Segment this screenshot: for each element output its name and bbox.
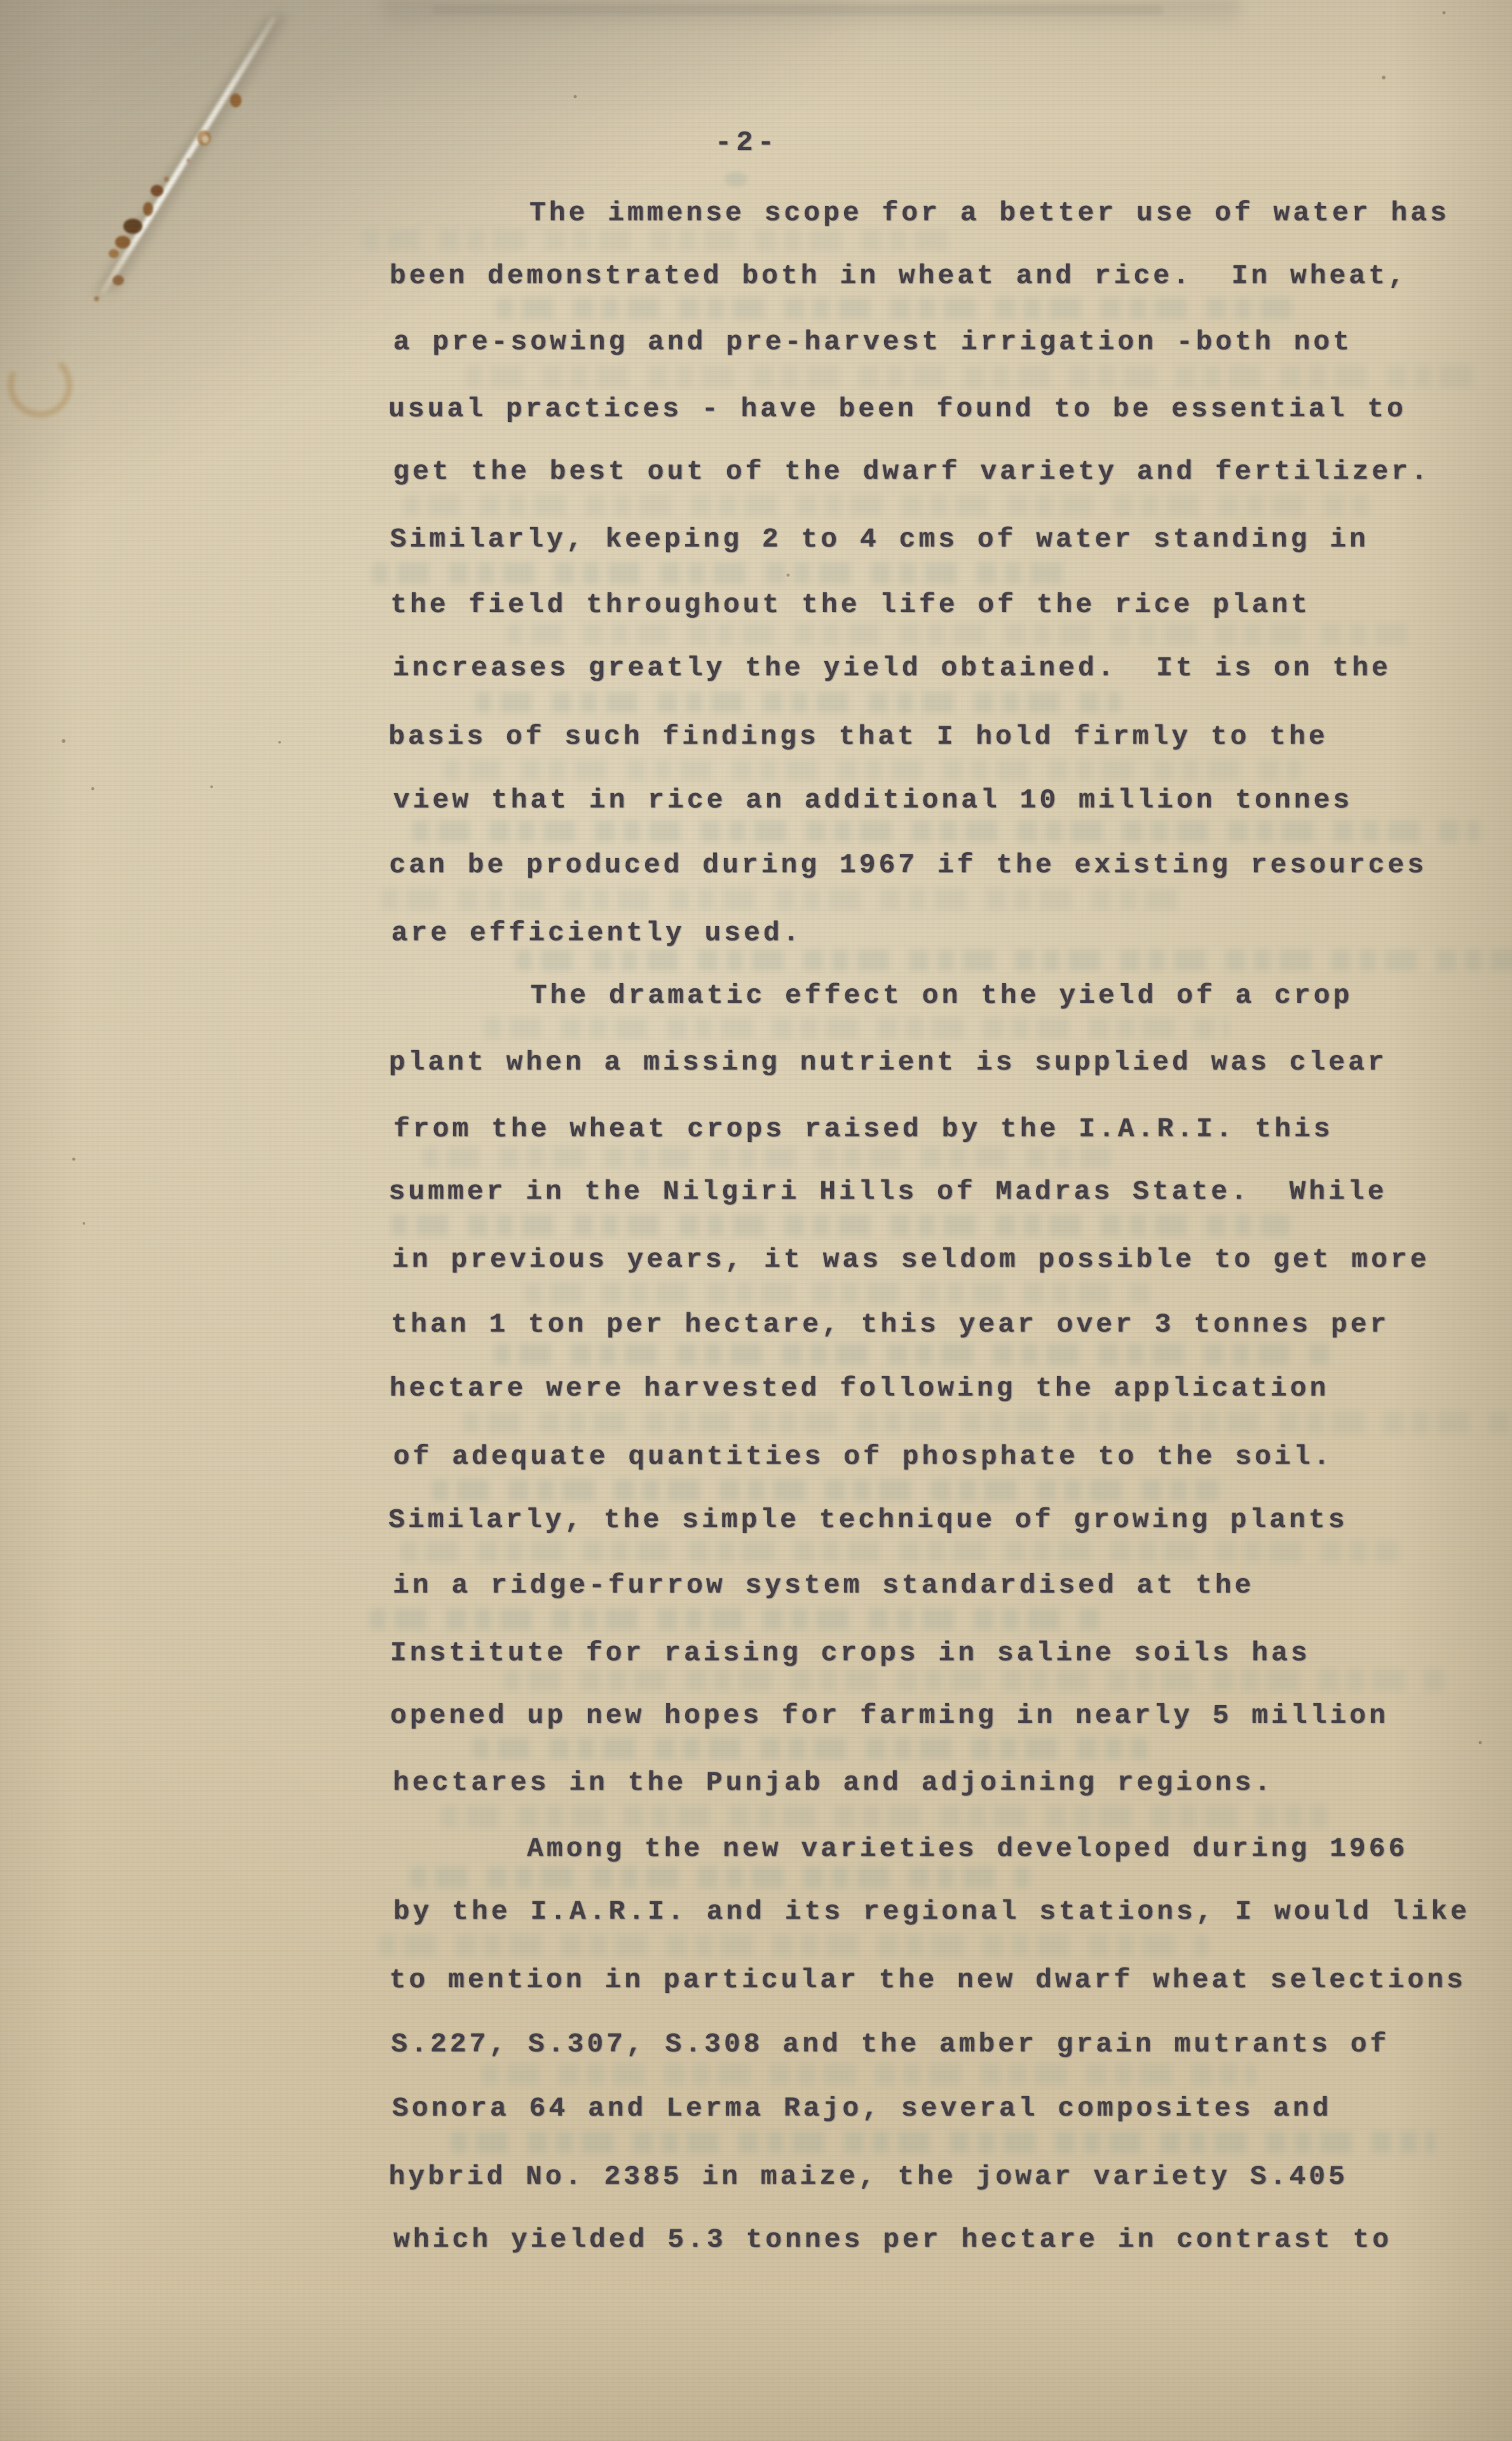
- text-line: to mention in particular the new dwarf w…: [390, 1947, 1511, 2013]
- text-line: increases greatly the yield obtained. It…: [393, 636, 1512, 701]
- text-line: hectare were harvested following the app…: [390, 1356, 1511, 1421]
- text-line: The dramatic effect on the yield of a cr…: [392, 963, 1512, 1028]
- text-line: The immense scope for a better use of wa…: [391, 180, 1512, 246]
- text-line: than 1 ton per hectare, this year over 3…: [391, 1291, 1512, 1357]
- text-line: can be produced during 1967 if the exist…: [389, 833, 1510, 898]
- top-streak: [432, 5, 1163, 15]
- text-line: basis of such findings that I hold firml…: [388, 704, 1509, 769]
- text-line: Similarly, keeping 2 to 4 cms of water s…: [390, 507, 1511, 572]
- text-line: Institute for raising crops in saline so…: [390, 1620, 1511, 1685]
- text-line: opened up new hopes for farming in nearl…: [390, 1683, 1511, 1748]
- text-line: plant when a missing nutrient is supplie…: [389, 1030, 1510, 1095]
- text-line: the field throughout the life of the ric…: [390, 572, 1511, 637]
- text-line: Among the new varieties developed during…: [388, 1816, 1509, 1882]
- text-line: from the wheat crops raised by the I.A.R…: [393, 1096, 1512, 1162]
- document-page: -2- The immense scope for a better use o…: [0, 0, 1512, 2441]
- text-line: hectares in the Punjab and adjoining reg…: [393, 1750, 1512, 1816]
- text-line: by the I.A.R.I. and its regional station…: [393, 1879, 1512, 1945]
- text-line: in a ridge-furrow system standardised at…: [393, 1553, 1512, 1618]
- text-line: hybrid No. 2385 in maize, the jowar vari…: [389, 2144, 1510, 2210]
- text-line: Similarly, the simple technique of growi…: [388, 1487, 1509, 1553]
- text-line: usual practices - have been found to be …: [388, 376, 1509, 442]
- text-line: been demonstrated both in wheat and rice…: [390, 243, 1511, 308]
- document-body: The immense scope for a better use of wa…: [391, 179, 1512, 2273]
- text-line: get the best out of the dwarf variety an…: [393, 439, 1512, 505]
- text-line: Sonora 64 and Lerma Rajo, several compos…: [392, 2076, 1512, 2141]
- text-line: summer in the Nilgiri Hills of Madras St…: [389, 1159, 1510, 1225]
- text-line: of adequate quantities of phosphate to t…: [393, 1424, 1512, 1489]
- text-line: which yielded 5.3 tonnes per hectare in …: [393, 2207, 1512, 2273]
- ring-stain: [11, 356, 69, 414]
- text-line: are efficiently used.: [392, 901, 1512, 966]
- top-edge-shadow: [381, 0, 1239, 29]
- text-line: in previous years, it was seldom possibl…: [392, 1227, 1512, 1293]
- text-line: view that in rice an additional 10 milli…: [393, 767, 1512, 833]
- page-number: -2-: [683, 125, 810, 161]
- text-line: S.227, S.307, S.308 and the amber grain …: [391, 2011, 1512, 2077]
- rust-streak: [94, 93, 242, 301]
- crease-line: [99, 15, 278, 296]
- text-line: a pre-sowing and pre-harvest irrigation …: [393, 309, 1512, 375]
